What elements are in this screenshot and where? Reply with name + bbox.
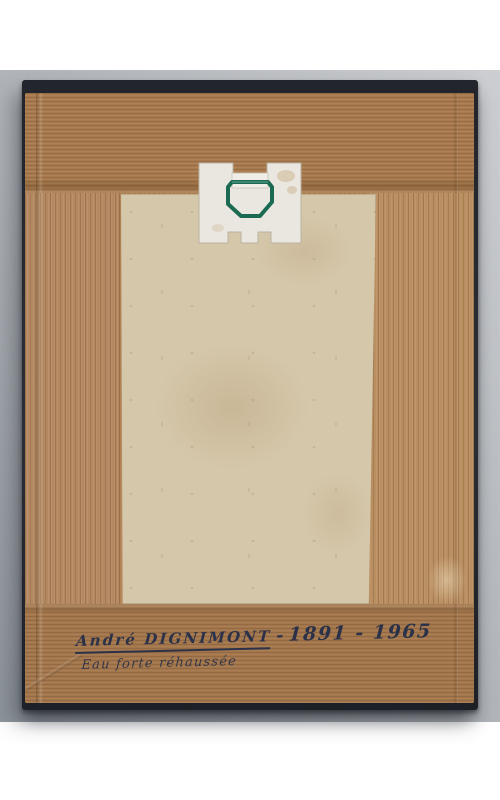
artist-dates: 1891 - 1965 (288, 620, 433, 646)
paper-crease-right (453, 93, 458, 703)
worn-patch (428, 557, 466, 603)
stain (277, 170, 295, 182)
paper-crease-left (36, 93, 43, 703)
stain (212, 224, 224, 232)
hanger-bracket (198, 160, 302, 246)
frame-back: André DIGNIMONT-1891 - 1965 Eau forte ré… (22, 80, 478, 710)
d-ring-hanger-icon (198, 160, 302, 246)
kraft-paper-cover: André DIGNIMONT-1891 - 1965 Eau forte ré… (25, 93, 474, 703)
separator: - (271, 626, 289, 646)
kraft-right-border (368, 193, 474, 604)
backing-panel (119, 194, 376, 604)
inscription: André DIGNIMONT-1891 - 1965 Eau forte ré… (74, 620, 457, 673)
photograph-of-frame-back: André DIGNIMONT-1891 - 1965 Eau forte ré… (0, 0, 500, 800)
stain (287, 186, 297, 194)
artist-name: André DIGNIMONT (75, 627, 272, 654)
